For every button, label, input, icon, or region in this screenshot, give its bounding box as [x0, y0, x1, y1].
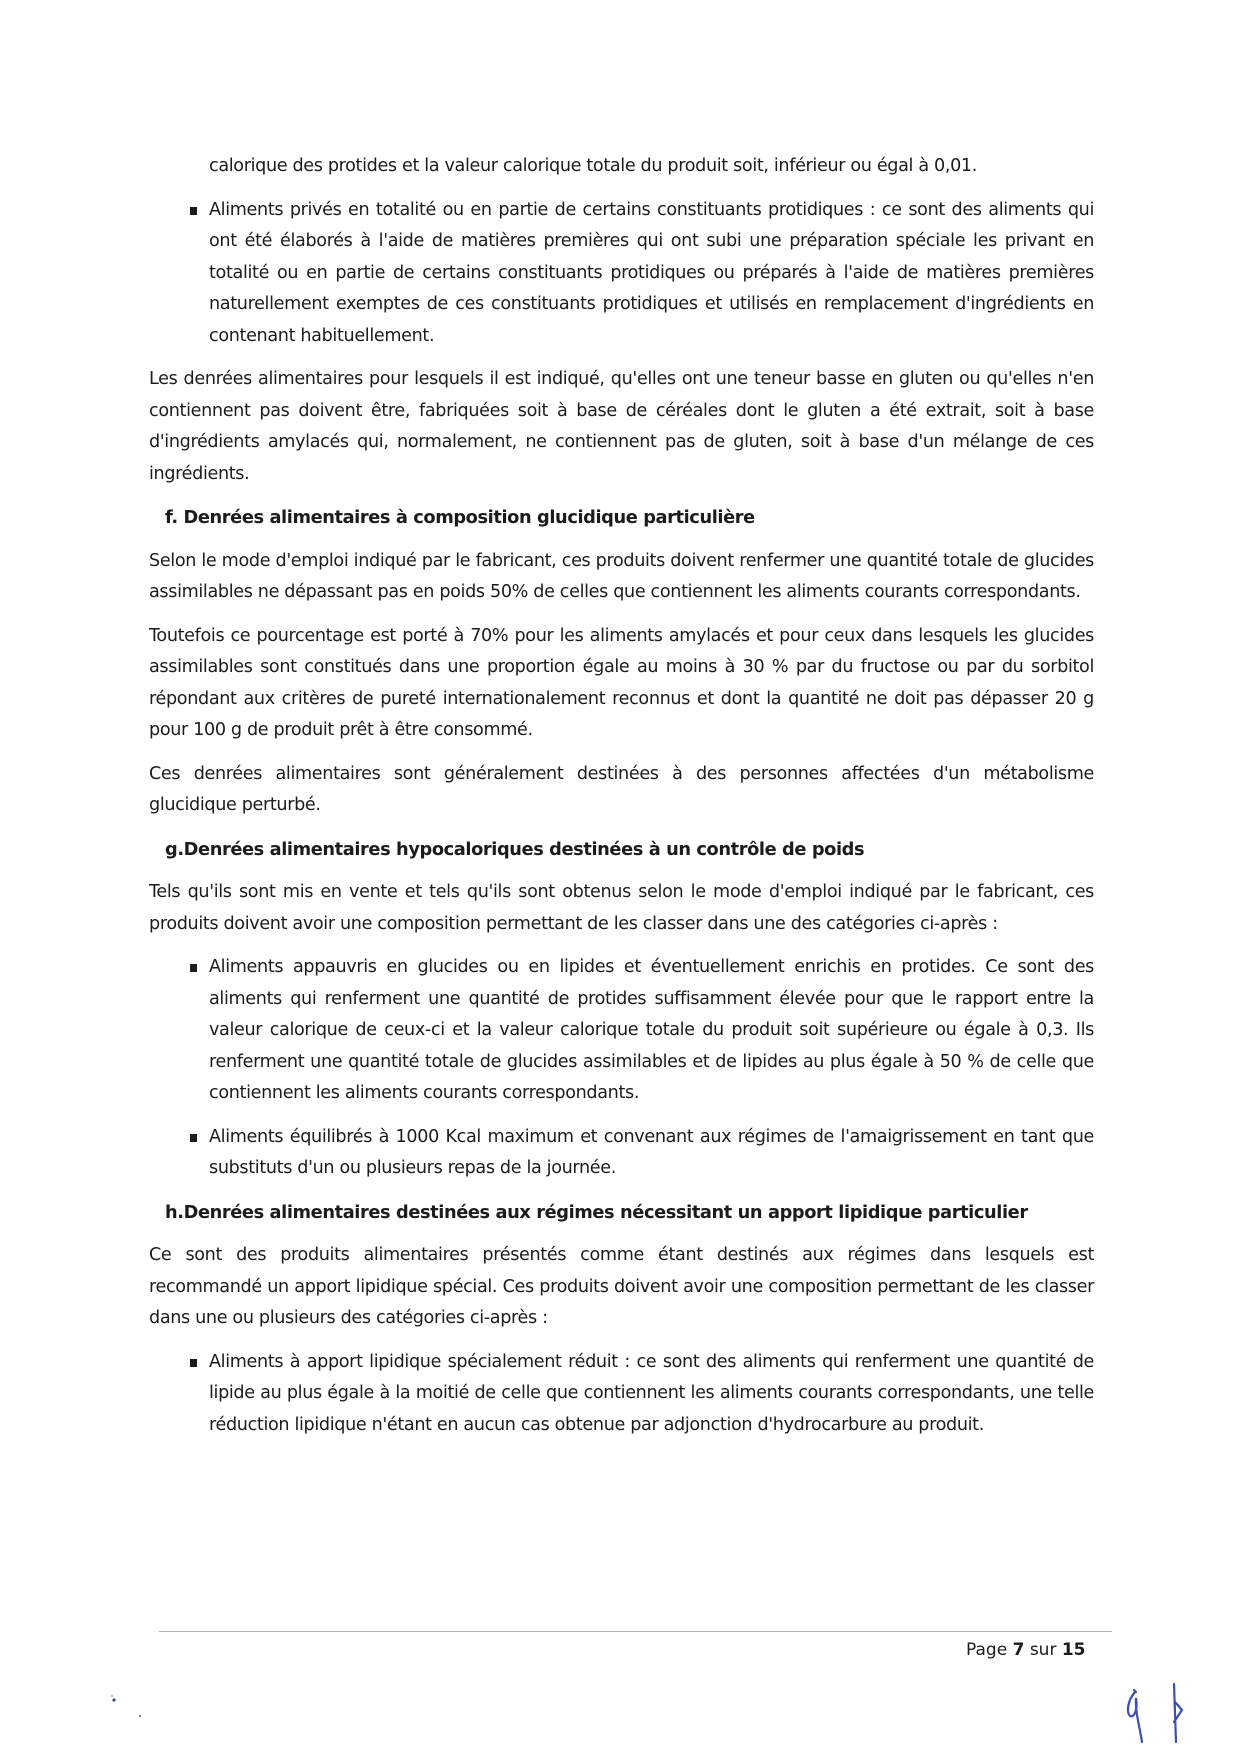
continuation-text: calorique des protides et la valeur calo…: [149, 151, 1094, 183]
paragraph: Selon le mode d'emploi indiqué par le fa…: [149, 546, 1094, 609]
section-heading-f: f. Denrées alimentaires à composition gl…: [149, 502, 1094, 534]
page-content: calorique des protides et la valeur calo…: [149, 151, 1094, 1453]
page-number: Page 7 sur 15: [966, 1640, 1086, 1660]
square-bullet-icon: [190, 1359, 197, 1367]
scan-specks-icon: [108, 1694, 148, 1724]
square-bullet-icon: [190, 964, 197, 972]
paragraph: Ce sont des produits alimentaires présen…: [149, 1240, 1094, 1335]
square-bullet-icon: [190, 207, 197, 215]
gluten-paragraph: Les denrées alimentaires pour lesquels i…: [149, 364, 1094, 490]
bullet-text: Aliments privés en totalité ou en partie…: [209, 195, 1094, 353]
of-label: sur: [1030, 1640, 1057, 1660]
section-heading-g: g.Denrées alimentaires hypocaloriques de…: [149, 834, 1094, 866]
bullet-text: Aliments équilibrés à 1000 Kcal maximum …: [209, 1122, 1094, 1185]
handwritten-initials-icon: [1122, 1682, 1192, 1752]
paragraph: Tels qu'ils sont mis en vente et tels qu…: [149, 877, 1094, 940]
bullet-item: Aliments appauvris en glucides ou en lip…: [149, 952, 1094, 1110]
current-page: 7: [1013, 1640, 1025, 1660]
square-bullet-icon: [190, 1134, 197, 1142]
paragraph: Toutefois ce pourcentage est porté à 70%…: [149, 621, 1094, 747]
paragraph: Ces denrées alimentaires sont généraleme…: [149, 759, 1094, 822]
document-page: calorique des protides et la valeur calo…: [0, 0, 1242, 1755]
bullet-item: Aliments privés en totalité ou en partie…: [149, 195, 1094, 353]
footer-divider: [159, 1631, 1112, 1632]
bullet-item: Aliments à apport lipidique spécialement…: [149, 1347, 1094, 1442]
total-pages: 15: [1062, 1640, 1086, 1660]
bullet-text: Aliments à apport lipidique spécialement…: [209, 1347, 1094, 1442]
bullet-text: Aliments appauvris en glucides ou en lip…: [209, 952, 1094, 1110]
section-heading-h: h.Denrées alimentaires destinées aux rég…: [149, 1197, 1094, 1229]
bullet-item: Aliments équilibrés à 1000 Kcal maximum …: [149, 1122, 1094, 1185]
page-label: Page: [966, 1640, 1007, 1660]
